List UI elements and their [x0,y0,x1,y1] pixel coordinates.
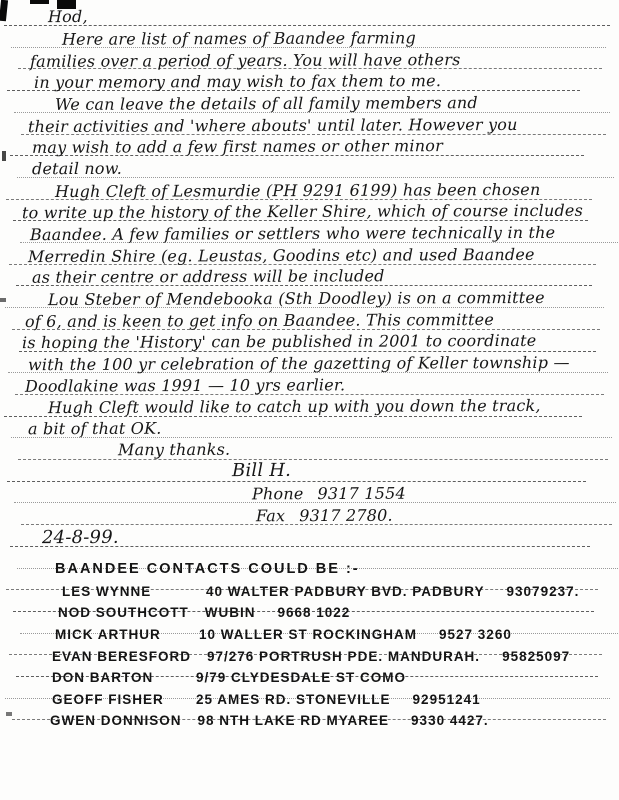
ruled-line [4,25,610,26]
contact-address: 98 NTH LAKE RD MYAREE [198,713,390,728]
closing: Many thanks. [118,440,230,459]
body-line: may wish to add a few first names or oth… [32,136,443,157]
contact-row: NOD SOUTHCOTT WUBIN 9668 1022 [58,605,350,620]
letter-page: Hod, Here are list of names of Baandee f… [0,0,619,800]
greeting: Hod, [48,7,88,26]
contacts-heading: BAANDEE CONTACTS COULD BE :- [55,561,360,577]
scan-artifact [2,151,6,161]
fax-number: 9317 2780. [299,506,393,525]
contact-name: GWEN DONNISON [50,713,182,728]
contact-name: GEOFF FISHER [52,692,180,707]
contact-row: DON BARTON 9/79 CLYDESDALE ST COMO [52,670,428,685]
body-line: Doodlakine was 1991 — 10 yrs earlier. [25,375,345,395]
contact-phone: 92951241 [413,692,481,707]
body-line: Baandee. A few families or settlers who … [30,223,555,244]
contact-row: LES WYNNE 40 WALTER PADBURY BVD. PADBURY… [62,584,579,599]
body-line: Lou Steber of Mendebooka (Sth Doodley) i… [48,288,545,309]
contact-phone: 93079237. [507,584,580,599]
body-line: We can leave the details of all family m… [55,93,478,114]
contact-phone: 9330 4427. [411,713,489,728]
contact-name: NOD SOUTHCOTT [58,605,189,620]
scan-artifact [6,712,12,716]
contact-address: 9/79 CLYDESDALE ST COMO [196,670,406,685]
signature: Bill H. [232,460,291,481]
scan-artifact [0,0,8,21]
contact-row: EVAN BERESFORD 97/276 PORTRUSH PDE. MAND… [52,649,570,664]
body-line: their activities and 'where abouts' unti… [28,115,518,136]
body-line: Hugh Cleft would like to catch up with y… [48,396,541,417]
letter-date: 24-8-99. [42,527,119,548]
body-line: a bit of that OK. [28,419,162,439]
contact-address: WUBIN [205,605,256,620]
contact-address: 25 AMES RD. STONEVILLE [196,692,391,707]
body-line: in your memory and may wish to fax them … [34,71,441,92]
phone-number: 9317 1554 [317,484,405,503]
body-line: Merredin Shire (eg. Leustas, Goodins etc… [28,245,535,266]
body-line: Here are list of names of Baandee farmin… [62,28,416,49]
contact-row: MICK ARTHUR 10 WALLER ST ROCKINGHAM 9527… [55,627,512,642]
body-line: Hugh Cleft of Lesmurdie (PH 9291 6199) h… [55,180,541,201]
fax-line: Fax9317 2780. [256,506,393,526]
contact-name: DON BARTON [52,670,180,685]
contact-name: LES WYNNE [62,584,190,599]
contact-phone: 9527 3260 [439,627,512,642]
fax-label: Fax [256,506,285,525]
body-line: with the 100 yr celebration of the gazet… [28,353,570,374]
contact-row: GWEN DONNISON 98 NTH LAKE RD MYAREE 9330… [50,713,489,728]
contact-name: MICK ARTHUR [55,627,183,642]
body-line: detail now. [32,159,122,178]
contact-address: 97/276 PORTRUSH PDE. MANDURAH. [207,649,480,664]
body-line: as their centre or address will be inclu… [32,266,385,287]
ruled-line [7,481,586,482]
contact-address: 10 WALLER ST ROCKINGHAM [199,627,417,642]
body-line: to write up the history of the Keller Sh… [22,201,583,222]
contact-name: EVAN BERESFORD [52,649,191,664]
ruled-line [18,459,608,460]
contact-address: 40 WALTER PADBURY BVD. PADBURY [206,584,485,599]
body-line: of 6, and is keen to get info on Baandee… [25,310,494,331]
body-line: is hoping the 'History' can be published… [22,331,536,352]
contact-phone: 9668 1022 [278,605,351,620]
scan-artifact [30,0,49,4]
contact-row: GEOFF FISHER 25 AMES RD. STONEVILLE 9295… [52,692,481,707]
scan-artifact [0,298,6,302]
contact-phone: 95825097 [502,649,570,664]
phone-label: Phone [252,484,304,503]
body-line: families over a period of years. You wil… [30,50,461,71]
phone-line: Phone9317 1554 [252,484,406,504]
